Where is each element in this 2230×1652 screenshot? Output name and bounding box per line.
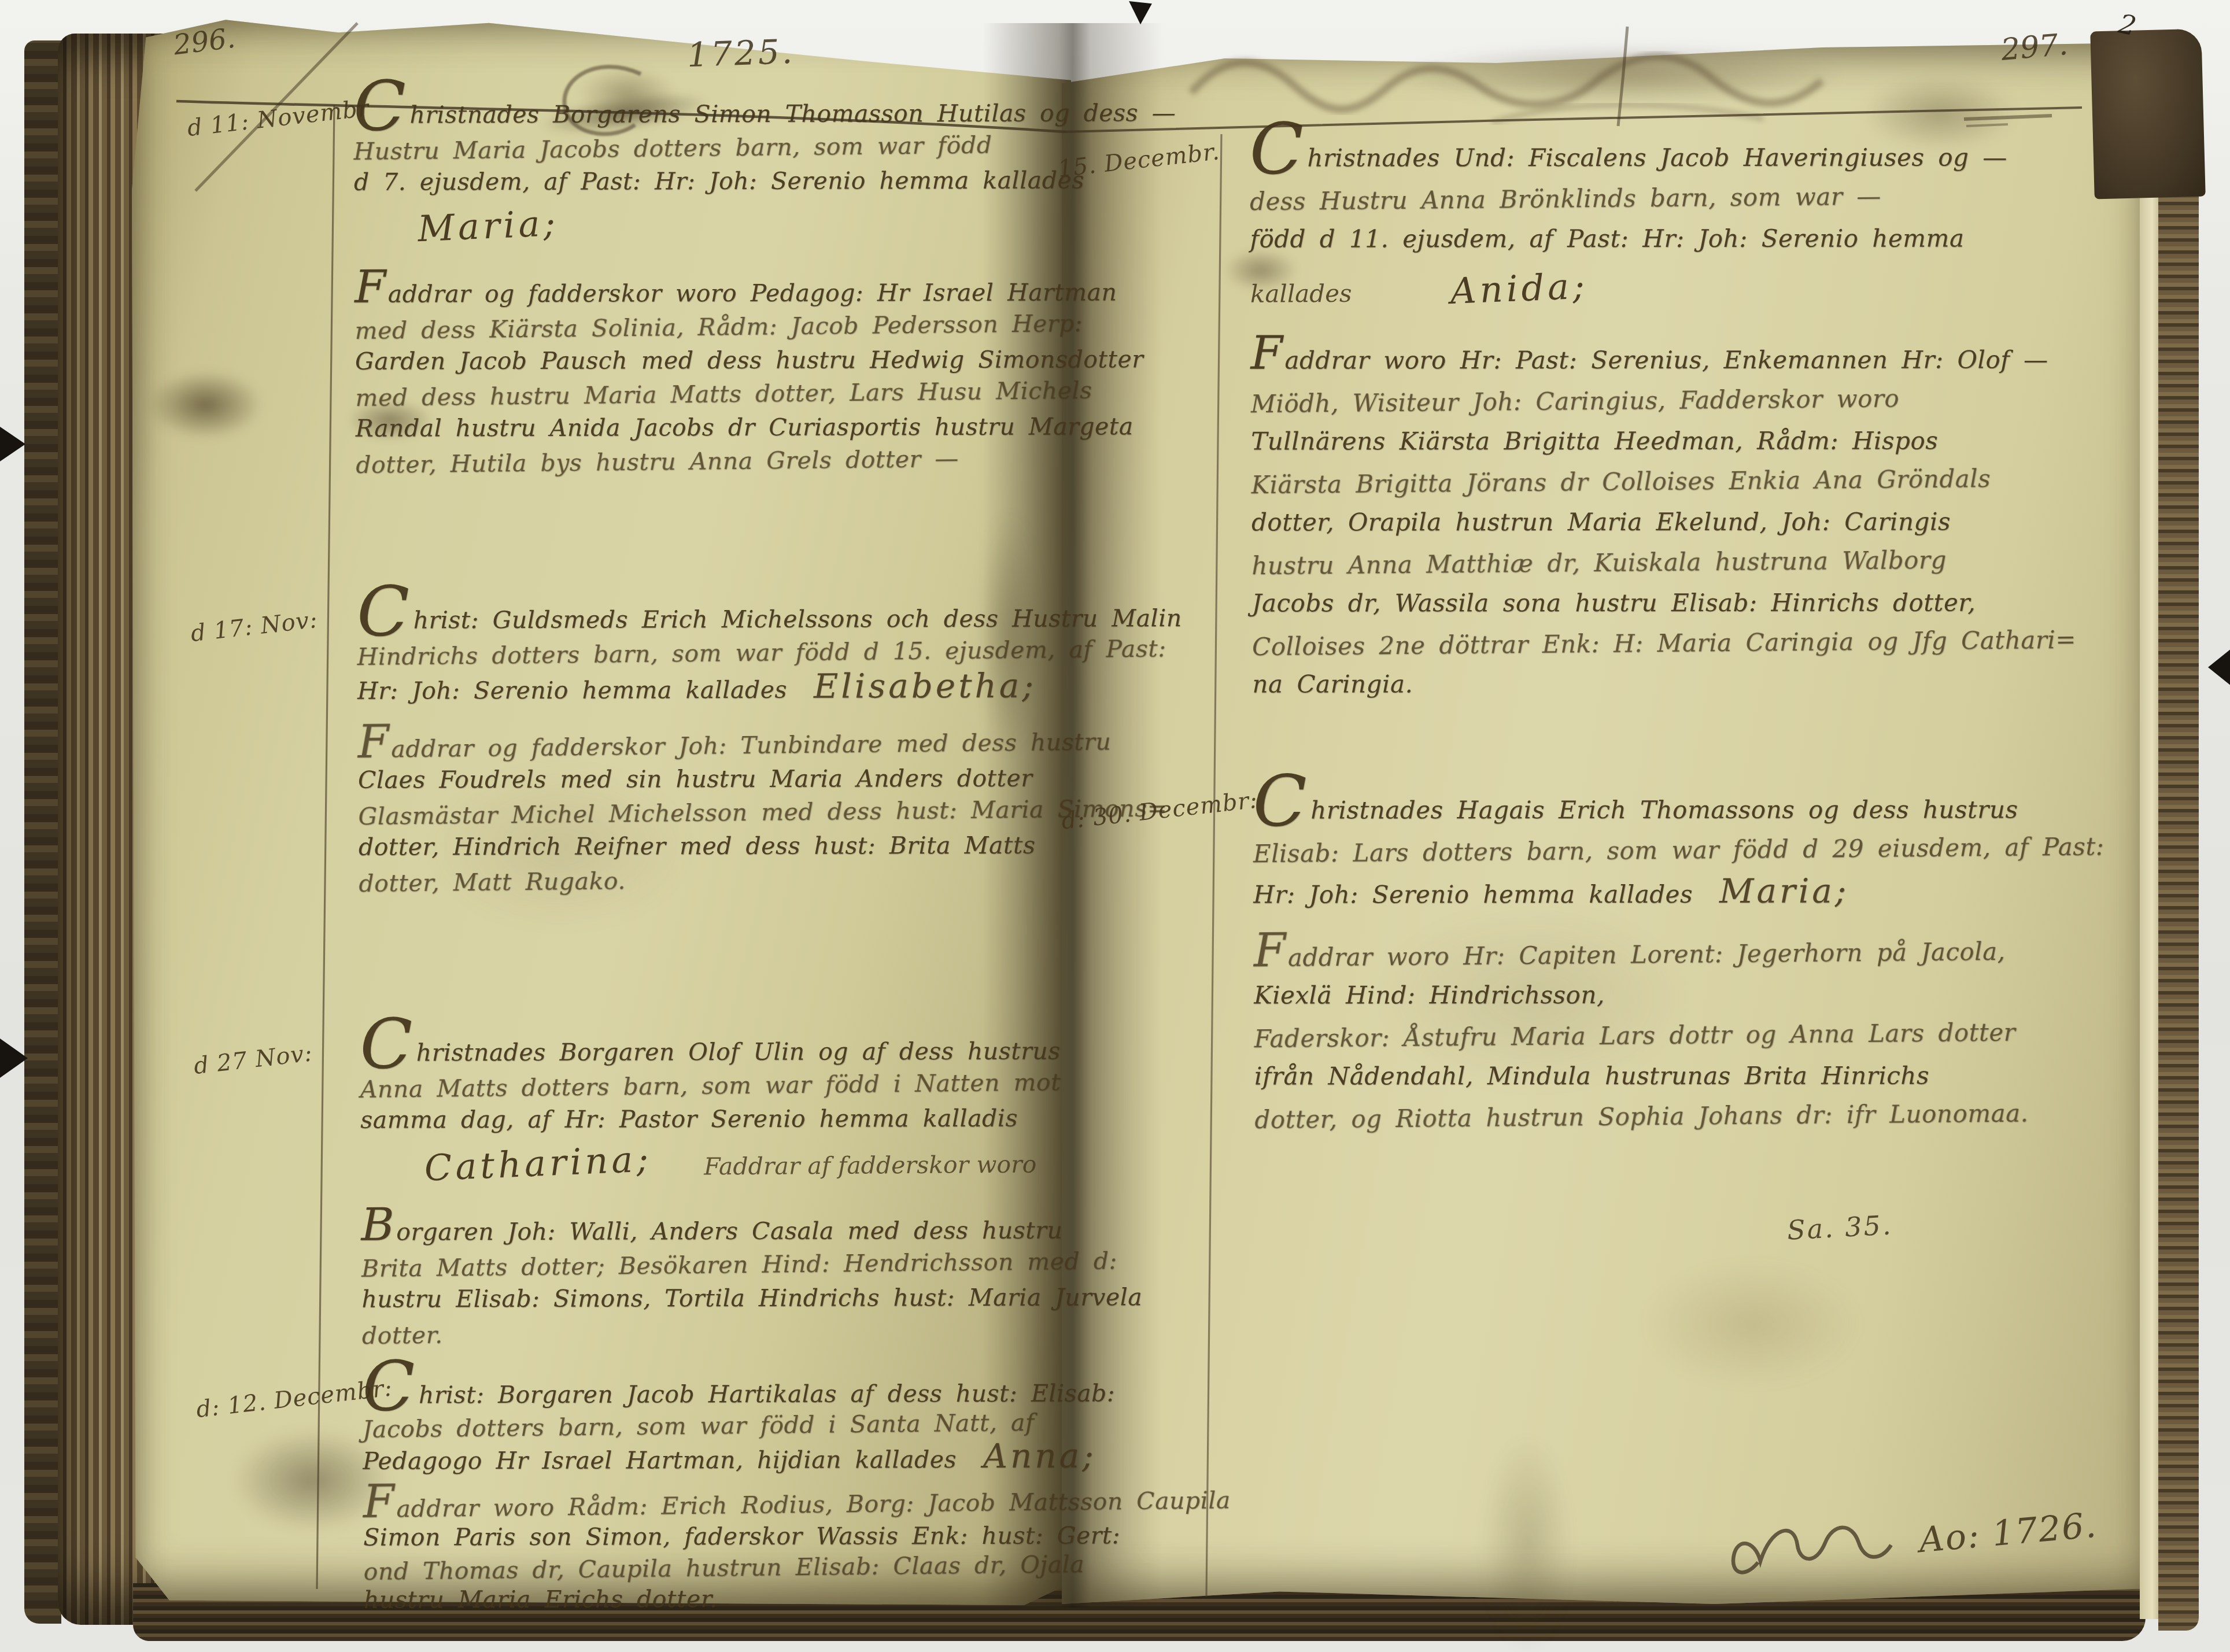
register-entry: d: 12. Decembr:Christ: Borgaren Jacob Ha… xyxy=(362,1376,1133,1617)
line-text: Borgaren Joh: Walli, Anders Casala med d… xyxy=(361,1217,1062,1246)
baptism-name-line: kalladesAnida; xyxy=(1250,257,2072,319)
line-text: Faddrar og fadderskor woro Pedagog: Hr I… xyxy=(355,278,1117,308)
line-text: Hr: Joh: Serenio hemma kallades xyxy=(1253,880,1693,909)
line-text: Simon Paris son Simon, faderskor Wassis … xyxy=(363,1521,1120,1551)
line-text: Christ: Guldsmeds Erich Michelssons och … xyxy=(357,604,1182,634)
handwritten-line: hustru Anna Matthiæ dr, Kuiskala hustrun… xyxy=(1251,539,2073,586)
line-text: ifrån Nådendahl, Mindula hustrunas Brita… xyxy=(1254,1062,1929,1091)
line-text: Tullnärens Kiärsta Brigitta Heedman, Råd… xyxy=(1251,427,1938,456)
line-text: Garden Jacob Pausch med dess hustru Hedw… xyxy=(355,345,1143,375)
line-text: Glasmästar Michel Michelsson med dess hu… xyxy=(358,794,1168,830)
handwritten-line: d 7. ejusdem, af Past: Hr: Joh: Serenio … xyxy=(354,163,1123,198)
baptism-name: Elisabetha; xyxy=(814,666,1036,706)
line-text: dess Hustru Anna Brönklinds barn, som wa… xyxy=(1250,182,1881,216)
register-entry: d 27 Nov:Christnades Borgaren Olof Ulin … xyxy=(360,1032,1131,1351)
line-text: med dess Kiärsta Solinia, Rådm: Jacob Pe… xyxy=(355,309,1083,345)
baptism-name: Maria; xyxy=(417,197,560,256)
handwritten-line: med dess Kiärsta Solinia, Rådm: Jacob Pe… xyxy=(355,306,1124,348)
handwritten-line: Christ: Guldsmeds Erich Michelssons och … xyxy=(357,601,1126,637)
line-text: med dess hustru Maria Matts dotter, Lars… xyxy=(355,376,1092,412)
photo-scene: 296. 1725. 297. 2 Sa. 35. Ao: 1726. d 11… xyxy=(0,0,2230,1652)
handwritten-line: Kiärsta Brigitta Jörans dr Colloises Enk… xyxy=(1251,458,2073,505)
line-text: Christ: Borgaren Jacob Hartikalas af des… xyxy=(362,1379,1115,1409)
registration-triangle-left-icon xyxy=(0,1038,28,1078)
witness-lead-text: Faddrar af fadderskor woro xyxy=(704,1150,1036,1180)
line-text: Faderskor: Åstufru Maria Lars dottr og A… xyxy=(1254,1018,2015,1053)
line-text: Anna Matts dotters barn, som war född i … xyxy=(360,1068,1061,1103)
handwritten-line: Christnades Borgaren Olof Ulin og af des… xyxy=(360,1034,1129,1069)
handwritten-line: Colloises 2ne döttrar Enk: H: Maria Cari… xyxy=(1252,620,2074,667)
handwritten-line: Glasmästar Michel Michelsson med dess hu… xyxy=(358,792,1128,833)
handwritten-line: Claes Foudrels med sin hustru Maria Ande… xyxy=(358,761,1127,796)
line-text: Jacobs dotters barn, som war född i Sant… xyxy=(363,1409,1035,1443)
line-text: Elisab: Lars dotters barn, som war född … xyxy=(1253,832,2105,868)
baptism-name-line: Maria; xyxy=(354,195,1124,253)
handwritten-line: dotter. xyxy=(361,1311,1131,1352)
baptism-name: Maria; xyxy=(1719,871,1849,911)
entry-body: Christ: Borgaren Jacob Hartikalas af des… xyxy=(362,1376,1133,1617)
line-text: samma dag, af Hr: Pastor Serenio hemma k… xyxy=(360,1104,1018,1134)
handwritten-line: dotter, Orapila hustrun Maria Ekelund, J… xyxy=(1251,501,2073,542)
handwritten-line: dotter, og Riotta hustrun Sophia Johans … xyxy=(1254,1093,2076,1140)
baptism-name-line: Catharina;Faddrar af fadderskor woro xyxy=(360,1133,1130,1191)
register-entry: 15. Decembr.Christnades Und: Fiscalens J… xyxy=(1249,135,2073,706)
line-text: dotter, Hutila bys hustru Anna Grels dot… xyxy=(356,445,959,479)
handwritten-line: hustru Maria Erichs dotter. xyxy=(364,1582,1133,1615)
handwritten-line: dotter, Hindrich Reifner med dess hust: … xyxy=(359,828,1128,863)
line-text: Claes Foudrels med sin hustru Maria Ande… xyxy=(358,764,1032,794)
handwritten-line: ifrån Nådendahl, Mindula hustrunas Brita… xyxy=(1254,1055,2076,1096)
line-text: Faddrar og fadderskor Joh: Tunbindare me… xyxy=(357,727,1111,763)
sum-note: Sa. 35. xyxy=(1786,1209,1893,1246)
baptism-name: Anna; xyxy=(983,1436,1096,1476)
line-text: Pedagogo Hr Israel Hartman, hijdian kall… xyxy=(363,1446,957,1475)
handwritten-line: Hr: Joh: Serenio hemma kalladesElisabeth… xyxy=(357,668,1127,704)
line-text: Faddrar woro Rådm: Erich Rodius, Borg: J… xyxy=(363,1486,1231,1523)
handwritten-line: Faddrar woro Rådm: Erich Rodius, Borg: J… xyxy=(363,1485,1132,1525)
handwritten-line: samma dag, af Hr: Pastor Serenio hemma k… xyxy=(360,1101,1129,1136)
line-text: dotter, Matt Rugako. xyxy=(359,867,626,897)
baptism-name: Anida; xyxy=(1449,257,1589,320)
handwritten-line: Hr: Joh: Serenio hemma kalladesMaria; xyxy=(1253,870,2074,911)
handwritten-line: dotter, Matt Rugako. xyxy=(359,859,1128,900)
entry-body: Christnades Hagais Erich Thomassons og d… xyxy=(1253,788,2076,1139)
line-text: hustru Elisab: Simons, Tortila Hindrichs… xyxy=(361,1283,1142,1313)
book-cover-left-edge xyxy=(24,40,61,1624)
handwritten-line: Tullnärens Kiärsta Brigitta Heedman, Råd… xyxy=(1251,420,2072,461)
handwritten-line: Brita Matts dotter; Besökaren Hind: Hend… xyxy=(361,1244,1131,1285)
line-text: ond Thomas dr, Caupila hustrun Elisab: C… xyxy=(363,1550,1084,1586)
handwritten-line: Christnades Hagais Erich Thomassons og d… xyxy=(1253,789,2074,830)
line-text: Christnades Hagais Erich Thomassons og d… xyxy=(1253,795,2018,824)
line-text: Christnades Und: Fiscalens Jacob Haverin… xyxy=(1250,143,2007,172)
line-text: född d 11. ejusdem, af Past: Hr: Joh: Se… xyxy=(1250,224,1964,253)
line-text: Kiärsta Brigitta Jörans dr Colloises Enk… xyxy=(1251,464,1991,499)
entry-body: Christ: Guldsmeds Erich Michelssons och … xyxy=(357,600,1128,899)
handwritten-line: hustru Elisab: Simons, Tortila Hindrichs… xyxy=(361,1280,1131,1315)
handwritten-line: Faddrar og fadderskor woro Pedagog: Hr I… xyxy=(355,275,1124,311)
line-text: Jacobs dr, Wassila sona hustru Elisab: H… xyxy=(1252,589,1976,618)
line-text: Christnades Borgaren Olof Ulin og af des… xyxy=(360,1037,1061,1067)
handwritten-line: Borgaren Joh: Walli, Anders Casala med d… xyxy=(361,1213,1130,1248)
handwritten-line: Christ: Borgaren Jacob Hartikalas af des… xyxy=(362,1377,1131,1410)
right-page-edge-strip xyxy=(2140,64,2161,1619)
line-text: Faddrar woro Hr: Past: Serenius, Enkeman… xyxy=(1250,345,2048,374)
entry-body: Christnades Und: Fiscalens Jacob Haverin… xyxy=(1249,135,2073,706)
handwritten-line: Faddrar woro Hr: Past: Serenius, Enkeman… xyxy=(1250,339,2072,380)
handwritten-line: Kiexlä Hind: Hindrichsson, xyxy=(1254,974,2075,1015)
name-lead-text: kallades xyxy=(1250,279,1352,308)
handwritten-line: ond Thomas dr, Caupila hustrun Elisab: C… xyxy=(363,1548,1132,1587)
line-text: na Caringia. xyxy=(1252,670,1413,698)
registration-triangle-top-icon xyxy=(1127,1,1152,25)
line-text: Randal hustru Anida Jacobs dr Curiasport… xyxy=(356,412,1134,442)
page-number: 297. xyxy=(2000,27,2070,68)
book-cover-top-right-corner xyxy=(2090,29,2206,199)
line-text: Miödh, Wisiteur Joh: Caringius, Faddersk… xyxy=(1251,384,1900,418)
entry-body: Christnades Borgaren Olof Ulin og af des… xyxy=(360,1032,1131,1351)
line-text: dotter, og Riotta hustrun Sophia Johans … xyxy=(1254,1099,2029,1134)
register-entry: d 11: NovembrChristnades Borgarens Simon… xyxy=(353,94,1125,480)
handwritten-line: dess Hustru Anna Brönklinds barn, som wa… xyxy=(1250,175,2072,222)
line-text: Hr: Joh: Serenio hemma kallades xyxy=(357,676,787,705)
handwritten-line: Miödh, Wisiteur Joh: Caringius, Faddersk… xyxy=(1251,377,2073,424)
year-heading: 1725. xyxy=(686,32,795,75)
handwritten-line: Pedagogo Hr Israel Hartman, hijdian kall… xyxy=(363,1440,1132,1473)
left-page-entries: d 11: NovembrChristnades Borgarens Simon… xyxy=(353,94,1133,1617)
handwritten-line: född d 11. ejusdem, af Past: Hr: Joh: Se… xyxy=(1250,218,2071,259)
handwritten-line: Hustru Maria Jacobs dotters barn, som wa… xyxy=(353,127,1123,168)
line-text: Colloises 2ne döttrar Enk: H: Maria Cari… xyxy=(1252,626,2076,661)
line-text: Faddrar woro Hr: Capiten Lorent: Jegerho… xyxy=(1254,937,2006,972)
right-page-entries: 15. Decembr.Christnades Und: Fiscalens J… xyxy=(1249,135,2076,1139)
line-text: hustru Maria Erichs dotter. xyxy=(364,1585,718,1614)
handwritten-line: dotter, Hutila bys hustru Anna Grels dot… xyxy=(356,440,1125,482)
handwritten-line: Elisab: Lars dotters barn, som war född … xyxy=(1253,827,2075,874)
line-text: Brita Matts dotter; Besökaren Hind: Hend… xyxy=(361,1247,1117,1283)
line-text: Kiexlä Hind: Hindrichsson, xyxy=(1254,981,1605,1010)
handwritten-line: Faddrar og fadderskor Joh: Tunbindare me… xyxy=(357,725,1127,766)
handwritten-line: na Caringia. xyxy=(1252,663,2073,704)
handwritten-line: Simon Paris son Simon, faderskor Wassis … xyxy=(363,1520,1132,1553)
handwritten-line: Faderskor: Åstufru Maria Lars dottr og A… xyxy=(1254,1012,2076,1059)
handwritten-line: Garden Jacob Pausch med dess hustru Hedw… xyxy=(355,342,1124,378)
handwritten-line: Jacobs dr, Wassila sona hustru Elisab: H… xyxy=(1252,582,2073,623)
entry-body: Christnades Borgarens Simon Thomasson Hu… xyxy=(353,94,1125,480)
handwritten-line: Christnades Borgarens Simon Thomasson Hu… xyxy=(353,96,1123,131)
line-text: d 7. ejusdem, af Past: Hr: Joh: Serenio … xyxy=(354,166,1084,195)
line-text: dotter, Hindrich Reifner med dess hust: … xyxy=(359,831,1036,861)
line-text: dotter, Orapila hustrun Maria Ekelund, J… xyxy=(1251,508,1951,537)
line-text: Hindrichs dotters barn, som war född d 1… xyxy=(357,634,1166,671)
handwritten-line: Randal hustru Anida Jacobs dr Curiasport… xyxy=(356,409,1125,445)
handwritten-line: Christnades Und: Fiscalens Jacob Haverin… xyxy=(1250,137,2071,178)
line-text: dotter. xyxy=(362,1321,443,1349)
register-entry: d 17: Nov:Christ: Guldsmeds Erich Michel… xyxy=(357,600,1128,899)
handwritten-line: Anna Matts dotters barn, som war född i … xyxy=(360,1065,1130,1106)
book-fore-edge-right xyxy=(2158,69,2199,1631)
handwritten-line: med dess hustru Maria Matts dotter, Lars… xyxy=(355,373,1125,415)
handwritten-line: Faddrar woro Hr: Capiten Lorent: Jegerho… xyxy=(1254,931,2076,978)
registration-triangle-left-icon xyxy=(0,427,25,461)
baptism-name: Catharina; xyxy=(423,1132,653,1195)
register-entry: d: 30. Decembr:Christnades Hagais Erich … xyxy=(1253,788,2076,1139)
line-text: Christnades Borgarens Simon Thomasson Hu… xyxy=(353,99,1176,129)
line-text: Hustru Maria Jacobs dotters barn, som wa… xyxy=(353,131,992,165)
registration-triangle-right-icon xyxy=(2208,649,2230,686)
line-text: hustru Anna Matthiæ dr, Kuiskala hustrun… xyxy=(1251,546,1947,580)
